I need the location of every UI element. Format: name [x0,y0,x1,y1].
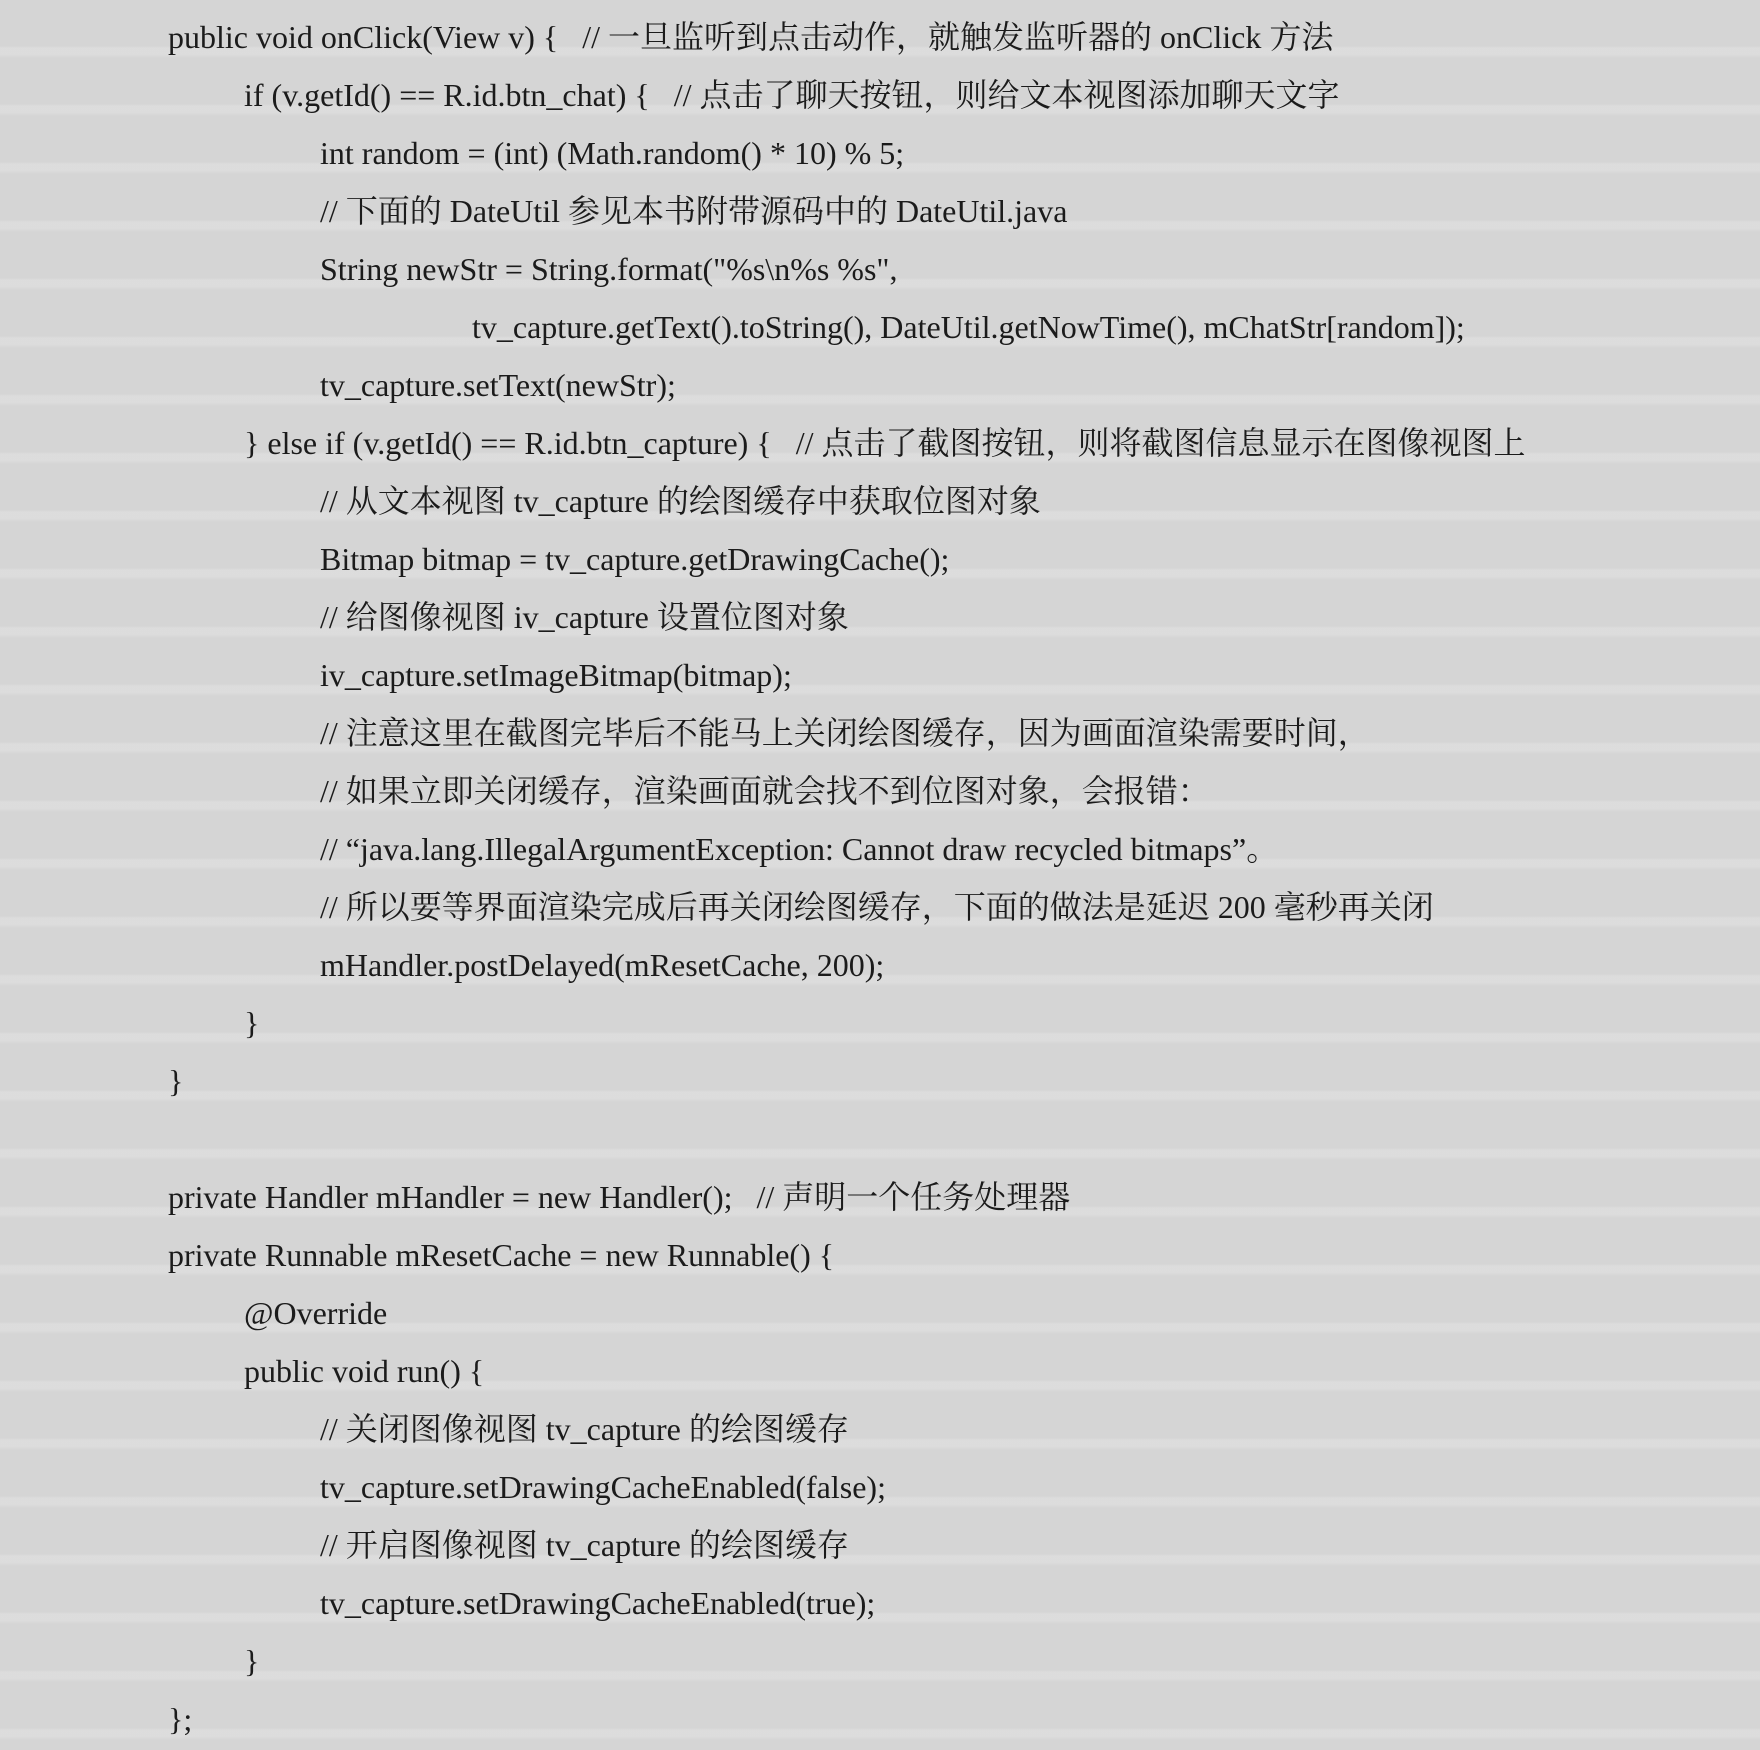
code-line: private Runnable mResetCache = new Runna… [168,1226,1760,1284]
code-line: public void onClick(View v) { // 一旦监听到点击… [168,8,1760,66]
code-line: private Handler mHandler = new Handler()… [168,1168,1760,1226]
code-line: iv_capture.setImageBitmap(bitmap); [320,646,1760,704]
code-line: // 注意这里在截图完毕后不能马上关闭绘图缓存，因为画面渲染需要时间， [320,704,1760,762]
code-line: // 关闭图像视图 tv_capture 的绘图缓存 [320,1400,1760,1458]
code-line: @Override [244,1284,1760,1342]
code-line: // 所以要等界面渲染完成后再关闭绘图缓存，下面的做法是延迟 200 毫秒再关闭 [320,878,1760,936]
code-line: }; [168,1690,1760,1748]
code-listing: public void onClick(View v) { // 一旦监听到点击… [0,8,1760,1748]
code-line: tv_capture.setText(newStr); [320,356,1760,414]
code-line: tv_capture.setDrawingCacheEnabled(true); [320,1574,1760,1632]
code-line: } else if (v.getId() == R.id.btn_capture… [244,414,1760,472]
code-line: // 下面的 DateUtil 参见本书附带源码中的 DateUtil.java [320,182,1760,240]
code-line: if (v.getId() == R.id.btn_chat) { // 点击了… [244,66,1760,124]
code-line: // 开启图像视图 tv_capture 的绘图缓存 [320,1516,1760,1574]
document-page: { "page": { "background": "#d5d5d5", "te… [0,0,1760,1750]
code-line: mHandler.postDelayed(mResetCache, 200); [320,936,1760,994]
code-line: Bitmap bitmap = tv_capture.getDrawingCac… [320,530,1760,588]
code-line: } [244,1632,1760,1690]
code-line: tv_capture.getText().toString(), DateUti… [472,298,1760,356]
page: public void onClick(View v) { // 一旦监听到点击… [0,0,1760,1750]
code-line: } [168,1052,1760,1110]
code-line: // 从文本视图 tv_capture 的绘图缓存中获取位图对象 [320,472,1760,530]
code-line [168,1110,1760,1168]
code-line: int random = (int) (Math.random() * 10) … [320,124,1760,182]
code-line: // 给图像视图 iv_capture 设置位图对象 [320,588,1760,646]
code-line: String newStr = String.format("%s\n%s %s… [320,240,1760,298]
code-line: // 如果立即关闭缓存，渲染画面就会找不到位图对象，会报错： [320,762,1760,820]
code-line: } [244,994,1760,1052]
code-line: public void run() { [244,1342,1760,1400]
code-line: tv_capture.setDrawingCacheEnabled(false)… [320,1458,1760,1516]
code-line: // “java.lang.IllegalArgumentException: … [320,820,1760,878]
